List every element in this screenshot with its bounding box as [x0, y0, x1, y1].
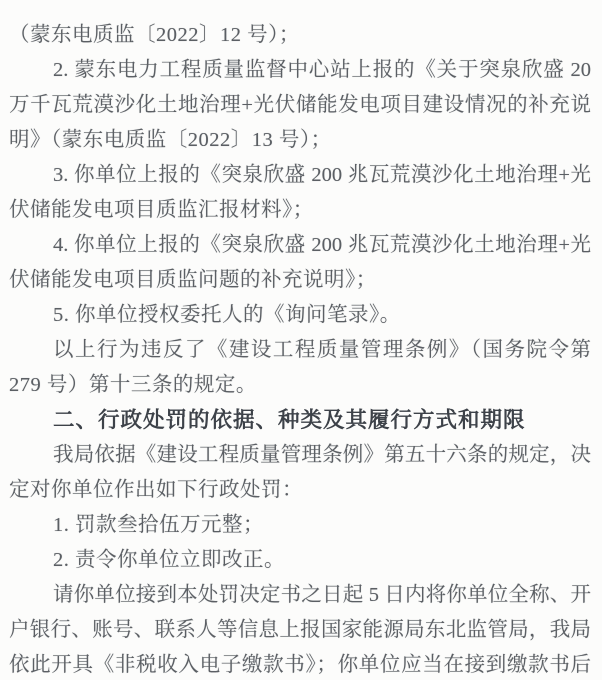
payment-instruction-line-2: 户银行、账号、联系人等信息上报国家能源局东北监管局，我局 — [9, 613, 591, 648]
evidence-item-3-line-2: 伏储能发电项目质监汇报材料》； — [9, 193, 591, 228]
evidence-item-5-line: 5. 你单位授权委托人的《询问笔录》。 — [9, 298, 591, 333]
evidence-item-4-line-2: 伏储能发电项目质监问题的补充说明》； — [9, 263, 591, 298]
evidence-item-2-line-3: 明》（蒙东电质监〔2022〕13 号）； — [9, 123, 591, 158]
payment-instruction-line-3: 依此开具《非税收入电子缴款书》；你单位应当在接到缴款书后 — [9, 648, 591, 680]
violation-statement-line-2: 279 号）第十三条的规定。 — [9, 368, 591, 403]
violation-statement-line-1: 以上行为违反了《建设工程质量管理条例》（国务院令第 — [9, 333, 591, 368]
penalty-basis-line-1: 我局依据《建设工程质量管理条例》第五十六条的规定，决 — [9, 438, 591, 473]
evidence-item-2-line-1: 2. 蒙东电力工程质量监督中心站上报的《关于突泉欣盛 20 — [9, 53, 591, 88]
evidence-item-3-line-1: 3. 你单位上报的《突泉欣盛 200 兆瓦荒漠沙化土地治理+光 — [9, 158, 591, 193]
evidence-item-4-line-1: 4. 你单位上报的《突泉欣盛 200 兆瓦荒漠沙化土地治理+光 — [9, 228, 591, 263]
penalty-basis-line-2: 定对你单位作出如下行政处罚： — [9, 473, 591, 508]
section-heading-penalty: 二、行政处罚的依据、种类及其履行方式和期限 — [9, 403, 591, 438]
penalty-item-fine: 1. 罚款叁拾伍万元整； — [9, 508, 591, 543]
evidence-item-2-line-2: 万千瓦荒漠沙化土地治理+光伏储能发电项目建设情况的补充说 — [9, 88, 591, 123]
penalty-item-correction: 2. 责令你单位立即改正。 — [9, 543, 591, 578]
doc-number-line: （蒙东电质监〔2022〕12 号）； — [9, 18, 591, 53]
payment-instruction-line-1: 请你单位接到本处罚决定书之日起 5 日内将你单位全称、开 — [9, 578, 591, 613]
scanned-document-page: （蒙东电质监〔2022〕12 号）； 2. 蒙东电力工程质量监督中心站上报的《关… — [0, 0, 602, 680]
